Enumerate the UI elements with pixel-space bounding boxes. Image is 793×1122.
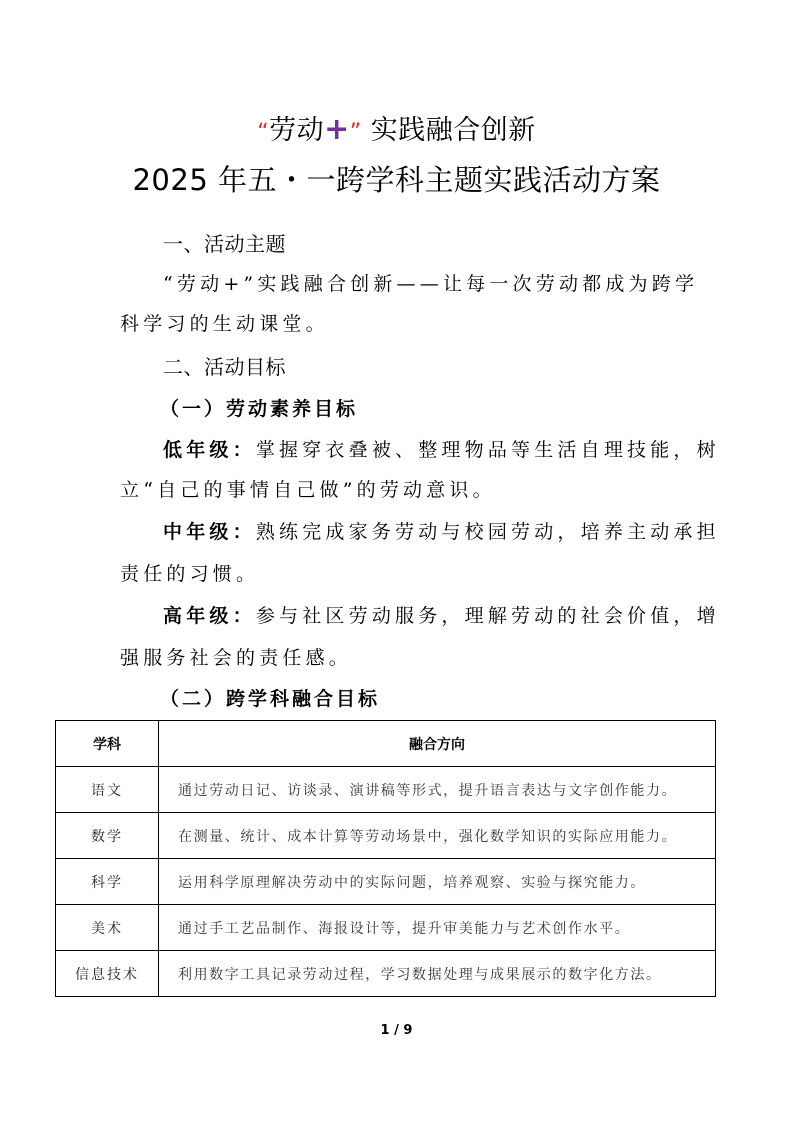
table-row: 科学 运用科学原理解决劳动中的实际问题，培养观察、实验与探究能力。 bbox=[56, 859, 716, 905]
subsection-heading-interdisciplinary: （二）跨学科融合目标 bbox=[160, 686, 380, 712]
table-row: 信息技术 利用数字工具记录劳动过程，学习数据处理与成果展示的数字化方法。 bbox=[56, 951, 716, 997]
title-quote-open: “ bbox=[257, 120, 269, 145]
cell-direction: 运用科学原理解决劳动中的实际问题，培养观察、实验与探究能力。 bbox=[159, 859, 716, 905]
goal-mid-grade-line-2: 责任的习惯。 bbox=[120, 561, 259, 587]
interdisciplinary-goals-table: 学科 融合方向 语文 通过劳动日记、访谈录、演讲稿等形式，提升语言表达与文字创作… bbox=[55, 720, 716, 997]
cell-subject: 美术 bbox=[56, 905, 159, 951]
goal-high-grade-label: 高年级： bbox=[163, 605, 256, 627]
table-row: 语文 通过劳动日记、访谈录、演讲稿等形式，提升语言表达与文字创作能力。 bbox=[56, 767, 716, 813]
table-header-row: 学科 融合方向 bbox=[56, 721, 716, 767]
table-row: 美术 通过手工艺品制作、海报设计等，提升审美能力与艺术创作水平。 bbox=[56, 905, 716, 951]
table-row: 数学 在测量、统计、成本计算等劳动场景中，强化数学知识的实际应用能力。 bbox=[56, 813, 716, 859]
page-indicator: 1 / 9 bbox=[0, 1023, 793, 1038]
goal-mid-grade-label: 中年级： bbox=[163, 521, 256, 543]
title-word: 劳动 bbox=[269, 115, 324, 146]
cell-subject: 科学 bbox=[56, 859, 159, 905]
cell-subject: 信息技术 bbox=[56, 951, 159, 997]
goal-low-grade-text: 掌握穿衣叠被、整理物品等生活自理技能，树 bbox=[256, 439, 720, 461]
cell-subject: 语文 bbox=[56, 767, 159, 813]
title-plus: + bbox=[324, 112, 350, 147]
document-title-line-1: “劳动+” 实践融合创新 bbox=[0, 113, 793, 150]
section-heading-goals: 二、活动目标 bbox=[163, 354, 286, 380]
goal-high-grade-line-2: 强服务社会的责任感。 bbox=[120, 645, 352, 671]
section-heading-theme: 一、活动主题 bbox=[163, 231, 286, 257]
title-rest: 实践融合创新 bbox=[362, 115, 536, 146]
goal-low-grade-line-1: 低年级：掌握穿衣叠被、整理物品等生活自理技能，树 bbox=[163, 437, 720, 463]
column-header-direction: 融合方向 bbox=[159, 721, 716, 767]
goal-high-grade-text: 参与社区劳动服务，理解劳动的社会价值，增 bbox=[256, 605, 720, 627]
cell-subject: 数学 bbox=[56, 813, 159, 859]
subsection-heading-labor-literacy: （一）劳动素养目标 bbox=[160, 396, 358, 422]
column-header-subject: 学科 bbox=[56, 721, 159, 767]
goal-mid-grade-line-1: 中年级：熟练完成家务劳动与校园劳动，培养主动承担 bbox=[163, 519, 720, 545]
cell-direction: 在测量、统计、成本计算等劳动场景中，强化数学知识的实际应用能力。 bbox=[159, 813, 716, 859]
document-title-line-2: 2025 年五・一跨学科主题实践活动方案 bbox=[0, 163, 793, 197]
goal-mid-grade-text: 熟练完成家务劳动与校园劳动，培养主动承担 bbox=[256, 521, 720, 543]
cell-direction: 利用数字工具记录劳动过程，学习数据处理与成果展示的数字化方法。 bbox=[159, 951, 716, 997]
document-page: “劳动+” 实践融合创新 2025 年五・一跨学科主题实践活动方案 一、活动主题… bbox=[0, 0, 793, 1122]
goal-high-grade-line-1: 高年级：参与社区劳动服务，理解劳动的社会价值，增 bbox=[163, 603, 720, 629]
cell-direction: 通过手工艺品制作、海报设计等，提升审美能力与艺术创作水平。 bbox=[159, 905, 716, 951]
cell-direction: 通过劳动日记、访谈录、演讲稿等形式，提升语言表达与文字创作能力。 bbox=[159, 767, 716, 813]
theme-body-line-1: “劳动+”实践融合创新——让每一次劳动都成为跨学 bbox=[163, 271, 698, 297]
goal-low-grade-label: 低年级： bbox=[163, 439, 256, 461]
goal-low-grade-line-2: 立“自己的事情自己做”的劳动意识。 bbox=[120, 477, 496, 503]
title-quote-close: ” bbox=[350, 120, 362, 145]
theme-body-line-2: 科学习的生动课堂。 bbox=[120, 311, 329, 337]
